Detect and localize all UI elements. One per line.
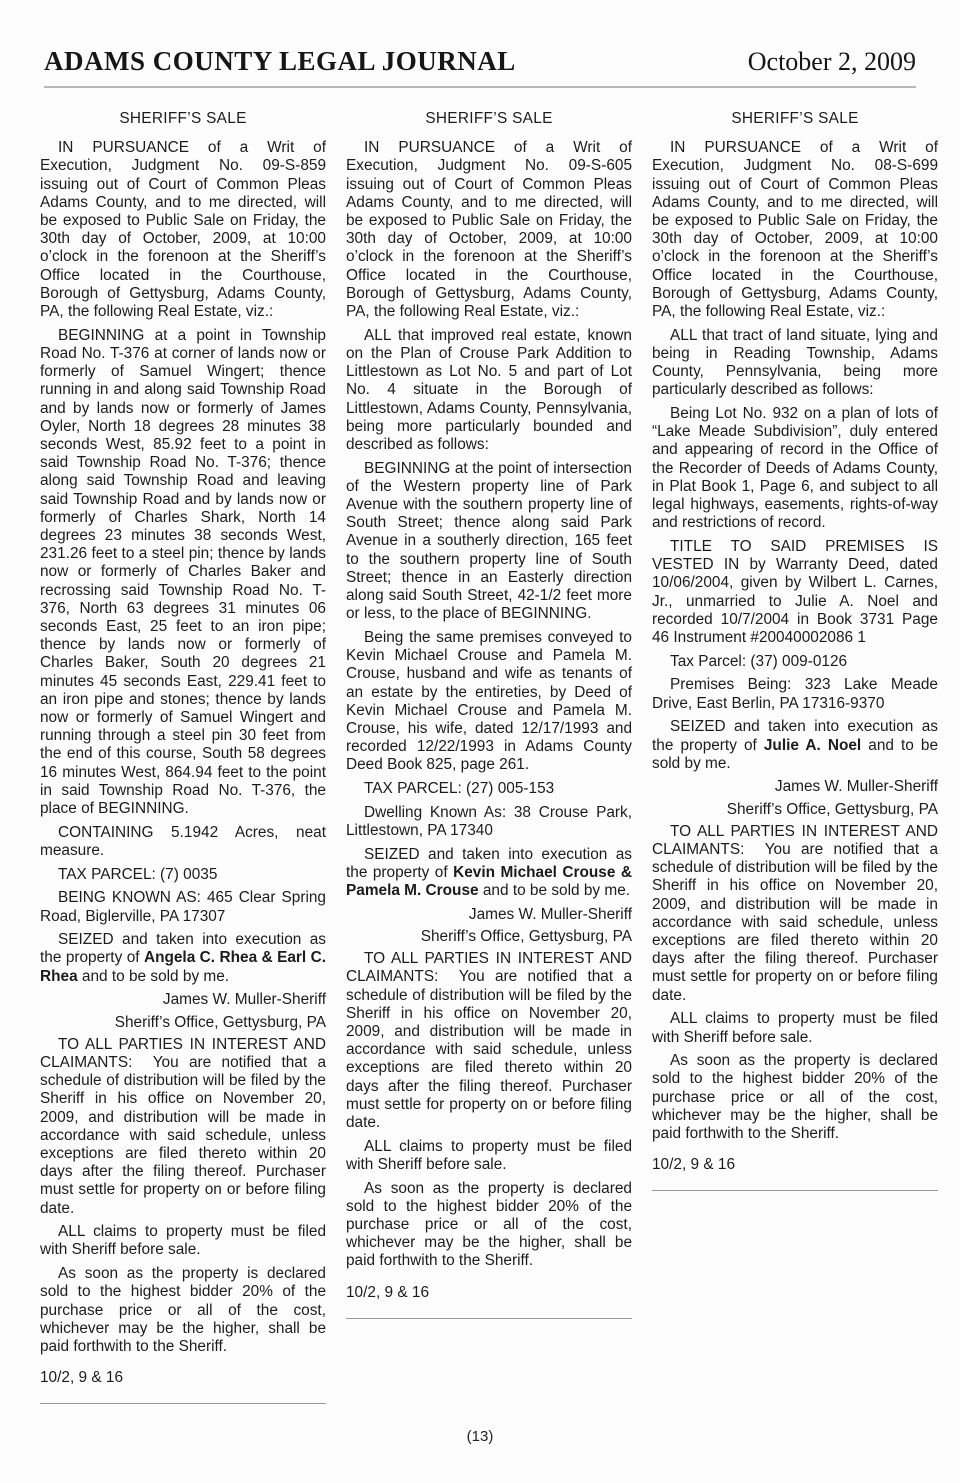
journal-title: ADAMS COUNTY LEGAL JOURNAL xyxy=(44,46,516,77)
premises-being: Premises Being: 323 Lake Meade Drive, Ea… xyxy=(652,676,938,712)
same-premises-paragraph: Being the same premises conveyed to Kevi… xyxy=(346,629,632,775)
sold-terms-paragraph: As soon as the property is declared sold… xyxy=(652,1052,938,1143)
journal-page: ADAMS COUNTY LEGAL JOURNAL October 2, 20… xyxy=(0,0,960,1483)
tax-parcel: TAX PARCEL: (7) 0035 xyxy=(40,866,326,884)
seized-paragraph: SEIZED and taken into execution as the p… xyxy=(346,846,632,901)
containing-paragraph: CONTAINING 5.1942 Acres, neat measure. xyxy=(40,824,326,860)
notice-heading: SHERIFF’S SALE xyxy=(652,110,938,128)
signature-sheriff-name: James W. Muller-Sheriff xyxy=(652,778,938,796)
property-description: BEGINNING at a point in Township Road No… xyxy=(40,327,326,818)
signature-sheriff-name: James W. Muller-Sheriff xyxy=(40,991,326,1009)
tax-parcel: TAX PARCEL: (27) 005-153 xyxy=(346,780,632,798)
all-claims-paragraph: ALL claims to property must be filed wit… xyxy=(346,1138,632,1174)
notice-heading: SHERIFF’S SALE xyxy=(40,110,326,128)
notice-to-claimants: TO ALL PARTIES IN INTEREST AND CLAIMANTS… xyxy=(346,950,632,1132)
page-header: ADAMS COUNTY LEGAL JOURNAL October 2, 20… xyxy=(0,0,960,77)
signature-sheriff-name: James W. Muller-Sheriff xyxy=(346,906,632,924)
seized-paragraph: SEIZED and taken into execution as the p… xyxy=(40,931,326,986)
notice-heading: SHERIFF’S SALE xyxy=(346,110,632,128)
being-known-as: BEING KNOWN AS: 465 Clear Spring Road, B… xyxy=(40,889,326,925)
property-description: ALL that tract of land situate, lying an… xyxy=(652,327,938,400)
notice-column-3: SHERIFF’S SALEIN PURSUANCE of a Writ of … xyxy=(652,110,938,1191)
lot-description: Being Lot No. 932 on a plan of lots of “… xyxy=(652,405,938,532)
all-claims-paragraph: ALL claims to property must be filed wit… xyxy=(40,1223,326,1259)
notice-to-claimants: TO ALL PARTIES IN INTEREST AND CLAIMANTS… xyxy=(40,1036,326,1218)
signature-sheriff-office: Sheriff’s Office, Gettysburg, PA xyxy=(346,928,632,946)
in-pursuance-paragraph: IN PURSUANCE of a Writ of Execution, Jud… xyxy=(346,139,632,321)
tax-parcel: Tax Parcel: (37) 009-0126 xyxy=(652,653,938,671)
notice-to-claimants: TO ALL PARTIES IN INTEREST AND CLAIMANTS… xyxy=(652,823,938,1005)
dwelling-known-as: Dwelling Known As: 38 Crouse Park, Littl… xyxy=(346,804,632,840)
metes-and-bounds: BEGINNING at the point of intersection o… xyxy=(346,460,632,624)
notice-end-rule xyxy=(346,1318,632,1319)
title-vested-paragraph: TITLE TO SAID PREMISES IS VESTED IN by W… xyxy=(652,538,938,647)
notice-column-1: SHERIFF’S SALEIN PURSUANCE of a Writ of … xyxy=(40,110,326,1404)
issue-date: October 2, 2009 xyxy=(748,47,916,77)
page-footer: (13) xyxy=(0,1428,960,1445)
publication-dates: 10/2, 9 & 16 xyxy=(346,1284,632,1302)
notice-end-rule xyxy=(40,1403,326,1404)
sold-terms-paragraph: As soon as the property is declared sold… xyxy=(346,1180,632,1271)
notice-column-2: SHERIFF’S SALEIN PURSUANCE of a Writ of … xyxy=(346,110,632,1319)
notice-end-rule xyxy=(652,1190,938,1191)
property-description: ALL that improved real estate, known on … xyxy=(346,327,632,454)
signature-sheriff-office: Sheriff’s Office, Gettysburg, PA xyxy=(652,801,938,819)
columns-container: SHERIFF’S SALEIN PURSUANCE of a Writ of … xyxy=(0,88,960,1404)
sold-terms-paragraph: As soon as the property is declared sold… xyxy=(40,1265,326,1356)
all-claims-paragraph: ALL claims to property must be filed wit… xyxy=(652,1010,938,1046)
signature-sheriff-office: Sheriff’s Office, Gettysburg, PA xyxy=(40,1014,326,1032)
publication-dates: 10/2, 9 & 16 xyxy=(652,1156,938,1174)
publication-dates: 10/2, 9 & 16 xyxy=(40,1369,326,1387)
page-number: (13) xyxy=(467,1428,494,1445)
in-pursuance-paragraph: IN PURSUANCE of a Writ of Execution, Jud… xyxy=(652,139,938,321)
seized-paragraph: SEIZED and taken into execution as the p… xyxy=(652,718,938,773)
in-pursuance-paragraph: IN PURSUANCE of a Writ of Execution, Jud… xyxy=(40,139,326,321)
